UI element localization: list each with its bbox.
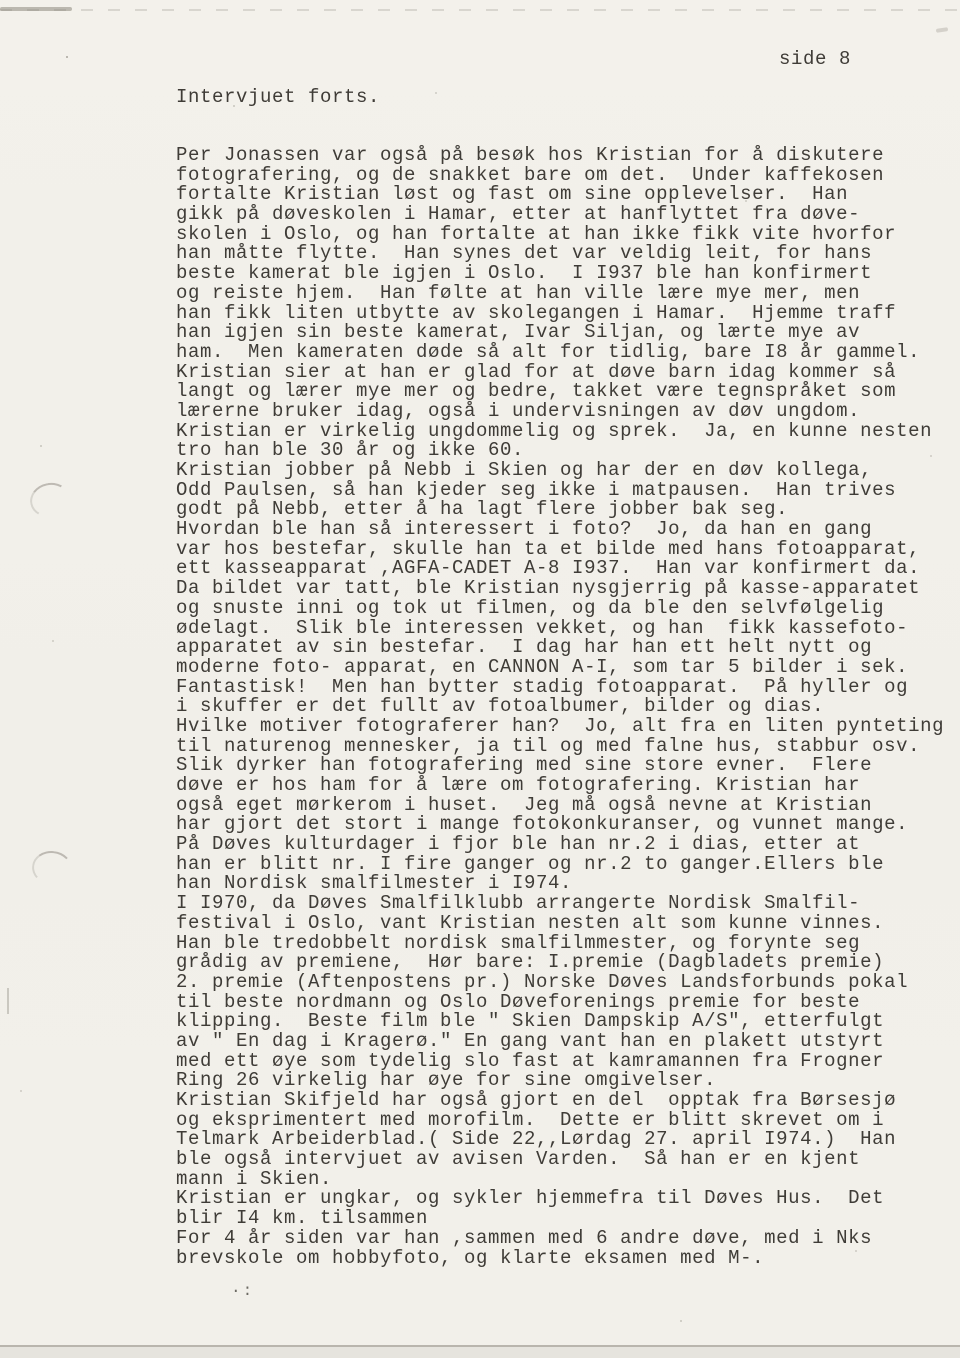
text-line: For 4 år siden var han ,sammen med 6 and… — [176, 1229, 956, 1249]
text-line: ham. Men kameraten døde så alt for tidli… — [176, 343, 956, 363]
text-line: lærerne bruker idag, også i undervisning… — [176, 402, 956, 422]
page-bottom-edge — [0, 1345, 960, 1358]
text-line: og snuste inni og tok ut filmen, og da b… — [176, 599, 956, 619]
page-number: side 8 — [779, 50, 851, 70]
scan-artifact-top-left-mark — [0, 7, 72, 11]
text-line: Da bildet var tatt, ble Kristian nysgjer… — [176, 579, 956, 599]
typewritten-body: Per Jonassen var også på besøk hos Krist… — [176, 146, 956, 1268]
text-line: Per Jonassen var også på besøk hos Krist… — [176, 146, 956, 166]
text-line: av " En dag i Kragerø." En gang vant han… — [176, 1032, 956, 1052]
text-line: moderne foto- apparat, en CANNON A-I, so… — [176, 658, 956, 678]
text-line: apparatet av sin bestefar. I dag har han… — [176, 638, 956, 658]
text-line: På Døves kulturdager i fjor ble han nr.2… — [176, 835, 956, 855]
text-line: i skuffer er det fullt av fotoalbumer, b… — [176, 697, 956, 717]
text-line: ble også intervjuet av avisen Varden. Så… — [176, 1150, 956, 1170]
text-line: Hvilke motiver fotograferer han? Jo, alt… — [176, 717, 956, 737]
pen-mark-arc-1 — [27, 479, 73, 521]
text-line: brevskole om hobbyfoto, og klarte eksame… — [176, 1249, 956, 1269]
text-line: han igjen sin beste kamerat, Ivar Siljan… — [176, 323, 956, 343]
scan-artifact-top-dashes — [0, 9, 960, 11]
text-line: grådig av premiene, Hør bare: I.premie (… — [176, 953, 956, 973]
text-line: Hvordan ble han så interessert i foto? J… — [176, 520, 956, 540]
text-line: I I970, da Døves Smalfilklubb arrangerte… — [176, 894, 956, 914]
text-line: festival i Oslo, vant Kristian nesten al… — [176, 914, 956, 934]
scanned-page: side 8 Intervjuet forts. Per Jonassen va… — [0, 0, 960, 1358]
text-line: langt og lærer mye mer og bedre, takket … — [176, 382, 956, 402]
text-line: beste kamerat ble igjen i Oslo. I I937 b… — [176, 264, 956, 284]
bottom-ink-mark: ·: — [231, 1282, 254, 1300]
text-line: Kristian Skifjeld har også gjort en del … — [176, 1091, 956, 1111]
scan-artifact-left-tick — [7, 988, 9, 1014]
document-heading: Intervjuet forts. — [176, 88, 380, 108]
text-line: Kristian jobber på Nebb i Skien og har d… — [176, 461, 956, 481]
text-line: klipping. Beste film ble " Skien Dampski… — [176, 1012, 956, 1032]
paper-speckles — [0, 0, 2, 2]
text-line: gikk på døveskolen i Hamar, etter at han… — [176, 205, 956, 225]
text-line: 2. premie (Aftenpostens pr.) Norske Døve… — [176, 973, 956, 993]
text-line: døve er hos ham for å lære om fotografer… — [176, 776, 956, 796]
text-line: og reiste hjem. Han følte at han ville l… — [176, 284, 956, 304]
text-line: blir I4 km. tilsammen — [176, 1209, 956, 1229]
pen-mark-arc-2 — [30, 849, 73, 887]
scan-artifact-top-right-mark — [936, 27, 948, 33]
